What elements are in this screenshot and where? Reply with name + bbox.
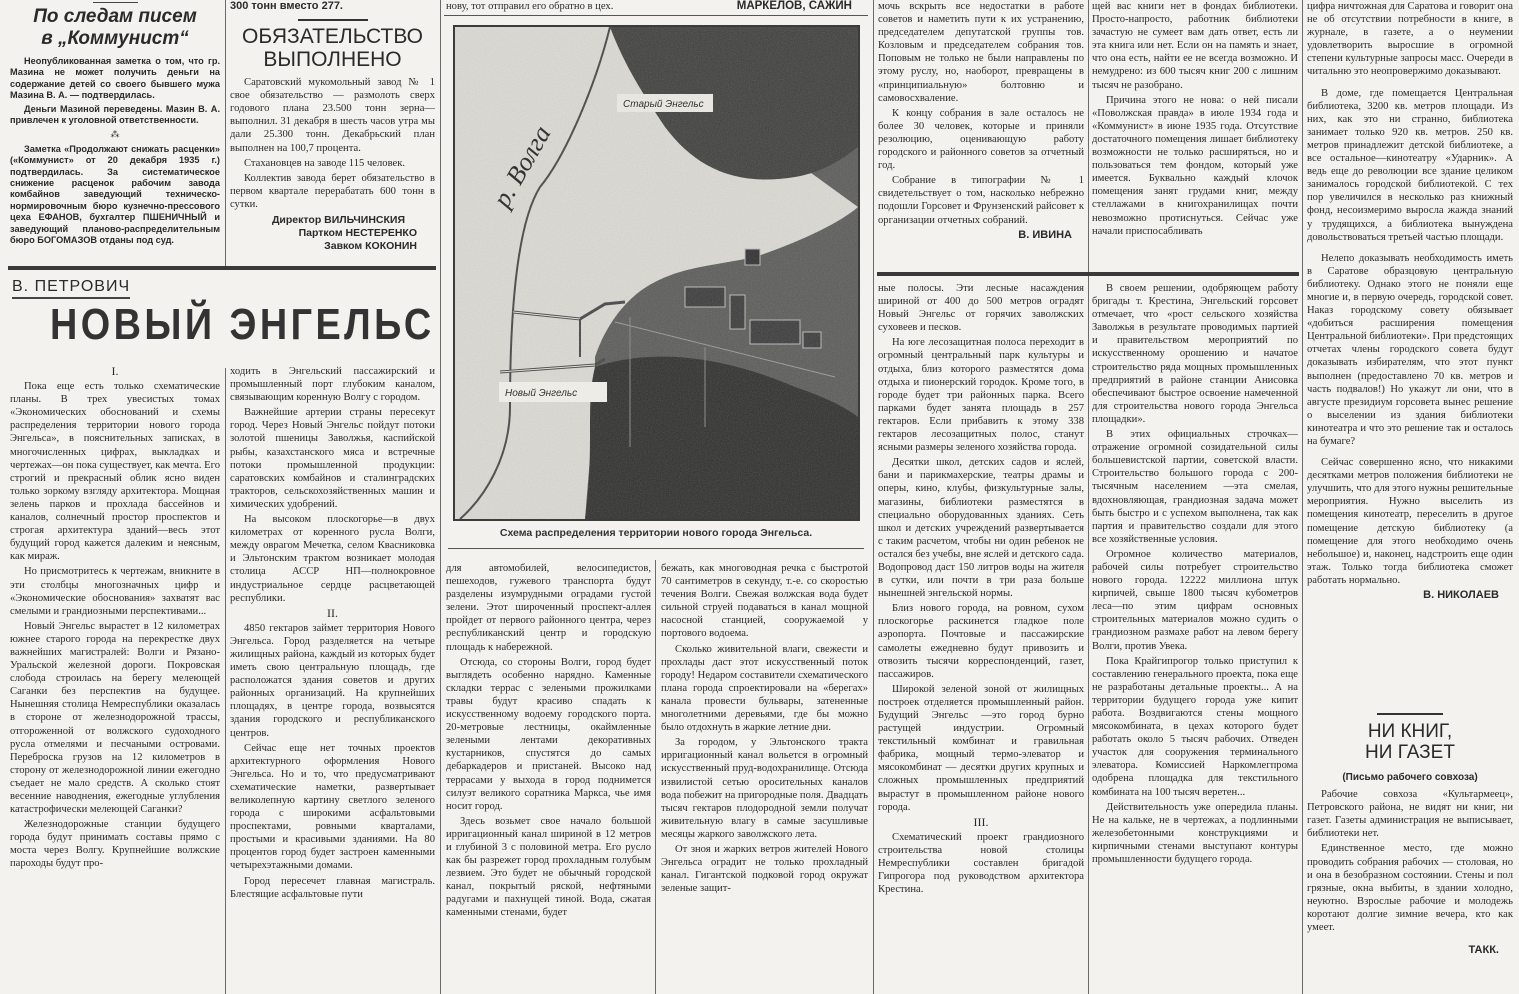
signature-block: Директор ВИЛЬЧИНСКИЯ Партком НЕСТЕРЕНКО … <box>230 214 435 253</box>
paragraph: ходить в Энгельский пассажирский и промы… <box>230 365 435 404</box>
map-label-old-city: Старый Энгельс <box>623 99 704 110</box>
paragraph: Сейчас еще нет точных проектов архитекту… <box>230 742 435 873</box>
paragraph: щей вас книги нет в фондах библиотеки. П… <box>1092 0 1298 92</box>
paragraph: Действительность уже опередила планы. Не… <box>1092 801 1298 866</box>
paragraph: Здесь возьмет свое начало большой иррига… <box>446 815 651 920</box>
paragraph: Неопубликованная заметка о том, что гр. … <box>10 56 220 102</box>
soviet-meetings-article-tail: мочь вскрыть все недостатки в работе сов… <box>878 0 1084 262</box>
section-number: II. <box>230 607 435 620</box>
paragraph: цифра ничтожная для Саратова и говорит о… <box>1307 0 1513 79</box>
paragraph: Пока Крайгипрогор только приступил к сос… <box>1092 655 1298 799</box>
column-rule <box>225 0 226 268</box>
paragraph: На юге лесозащитная полоса переходит в о… <box>878 336 1084 454</box>
section-divider <box>8 266 436 270</box>
section-divider <box>448 548 864 549</box>
author-signature: ТАКК. <box>1307 944 1513 957</box>
section-divider <box>444 15 868 16</box>
paragraph: Десятки школ, детских садов и яслей, бан… <box>878 456 1084 600</box>
article-column-5: ные полосы. Эти лесные насаждения ширино… <box>878 282 1084 992</box>
paragraph: Саратовский мукомольный завод № 1 свое о… <box>230 76 435 155</box>
column-rule <box>440 0 441 994</box>
no-books-article: НИ КНИГ, НИ ГАЗЕТ (Письмо рабочего совхо… <box>1307 710 1513 990</box>
obligation-article: 300 тонн вместо 277. ОБЯЗАТЕЛЬСТВО ВЫПОЛ… <box>230 0 435 264</box>
paragraph: Коллектив завода берет обязательство в п… <box>230 172 435 211</box>
article-column-3: для автомобилей, велосипедистов, пешеход… <box>446 562 651 992</box>
library-article-tail: щей вас книги нет в фондах библиотеки. П… <box>1092 0 1298 266</box>
article-title: НОВЫЙ ЭНГЕЛЬС <box>50 300 435 350</box>
map-image: р. Волга Старый Энгельс Новый Энгельс <box>455 27 858 519</box>
paragraph: От зноя и жарких ветров жителей Нового Э… <box>661 843 868 895</box>
asterism-separator: ⁂ <box>10 129 220 140</box>
map-figure: р. Волга Старый Энгельс Новый Энгельс <box>453 25 860 521</box>
paragraph: За городом, у Эльтонского тракта ирригац… <box>661 736 868 841</box>
paragraph: Город пересечет главная магистраль. Блес… <box>230 875 435 901</box>
paragraph: мочь вскрыть все недостатки в работе сов… <box>878 0 1084 105</box>
article-column-6: В своем решении, одобряющем работу брига… <box>1092 282 1298 992</box>
paragraph: Важнейшие артерии страны пересекут город… <box>230 406 435 511</box>
section-number: I. <box>10 365 220 378</box>
paragraph: В доме, где помещается Центральная библи… <box>1307 87 1513 244</box>
paragraph: Стахановцев на заводе 115 человек. <box>230 157 435 170</box>
obligation-heading: ОБЯЗАТЕЛЬСТВО ВЫПОЛНЕНО <box>230 25 435 71</box>
paragraph: В этих официальных строчках—отражение ог… <box>1092 428 1298 546</box>
paragraph: Рабочие совхоза «Культармеец», Петровско… <box>1307 788 1513 840</box>
letters-followup-heading: По следам писем в „Коммунист“ <box>10 6 220 50</box>
paragraph: для автомобилей, велосипедистов, пешеход… <box>446 562 651 654</box>
column-rule <box>1088 0 1089 994</box>
paragraph: Новый Энгельс вырастет в 12 километрах ю… <box>10 620 220 816</box>
paragraph: Заметка «Продолжают снижать расценки» («… <box>10 144 220 247</box>
paragraph: бежать, как многоводная речка с быстрото… <box>661 562 868 641</box>
letters-followup-article: По следам писем в „Коммунист“ Неопублико… <box>10 2 220 264</box>
paragraph: В своем решении, одобряющем работу брига… <box>1092 282 1298 426</box>
paragraph: Единственное место, где можно проводить … <box>1307 842 1513 934</box>
paragraph: Собрание в типографии № 1 свидетельствуе… <box>878 174 1084 226</box>
paragraph: Железнодорожные станции будущего города … <box>10 818 220 870</box>
paragraph: Огромное количество материалов, рабочей … <box>1092 548 1298 653</box>
paragraph: На высоком плоскогорье—в двух километрах… <box>230 513 435 605</box>
no-books-subheading: (Письмо рабочего совхоза) <box>1307 771 1513 784</box>
paragraph: Сейчас совершенно ясно, что никакими дес… <box>1307 456 1513 587</box>
article-author: В. ПЕТРОВИЧ <box>12 278 130 299</box>
paragraph: Деньги Мазиной переведены. Мазин В. А. п… <box>10 104 220 127</box>
signature-zavkom: Завком КОКОНИН <box>230 240 417 253</box>
paragraph: Но присмотритесь к чертежам, вникните в … <box>10 565 220 617</box>
article-column-4: бежать, как многоводная речка с быстрото… <box>661 562 868 992</box>
author-signature: В. НИКОЛАЕВ <box>1307 589 1513 602</box>
previous-article-strip: нову, тот отправил его обратно в цех. МА… <box>446 0 866 14</box>
paragraph: Близ нового города, на ровном, сухом пло… <box>878 602 1084 681</box>
paragraph: Причина этого не нова: о ней писали «Пов… <box>1092 94 1298 238</box>
author-signature: В. ИВИНА <box>878 229 1084 242</box>
column-rule <box>225 368 226 994</box>
paragraph: К концу собрания в зале осталось не боле… <box>878 107 1084 172</box>
signature-partkom: Партком НЕСТЕРЕНКО <box>230 227 417 240</box>
article-column-1: I. Пока еще есть только схематические пл… <box>10 365 220 991</box>
no-books-heading: НИ КНИГ, НИ ГАЗЕТ <box>1307 721 1513 763</box>
section-divider <box>877 272 1299 276</box>
paragraph: ные полосы. Эти лесные насаждения ширино… <box>878 282 1084 334</box>
article-column-2: ходить в Энгельский пассажирский и промы… <box>230 365 435 991</box>
previous-article-tail: 300 тонн вместо 277. <box>230 0 435 13</box>
paragraph: Отсюда, со стороны Волги, город будет вы… <box>446 656 651 813</box>
paragraph: Схематический проект грандиозного строит… <box>878 831 1084 896</box>
column-rule <box>655 560 656 994</box>
column-rule <box>873 0 874 994</box>
paragraph: Сколько живительной влаги, свежести и пр… <box>661 643 868 735</box>
map-caption: Схема распределения территории нового го… <box>444 527 868 539</box>
paragraph: Пока еще есть только схематические планы… <box>10 380 220 563</box>
paragraph: 4850 гектаров займет территория Нового Э… <box>230 622 435 740</box>
column-rule <box>1302 0 1303 994</box>
library-article-column: цифра ничтожная для Саратова и говорит о… <box>1307 0 1513 705</box>
signature-director: Директор ВИЛЬЧИНСКИЯ <box>230 214 405 227</box>
paragraph: Нелепо доказывать необходимость иметь в … <box>1307 252 1513 448</box>
section-number: III. <box>878 816 1084 829</box>
paragraph: Широкой зеленой зоной от жилищных постро… <box>878 683 1084 814</box>
map-label-new-city: Новый Энгельс <box>505 388 577 399</box>
